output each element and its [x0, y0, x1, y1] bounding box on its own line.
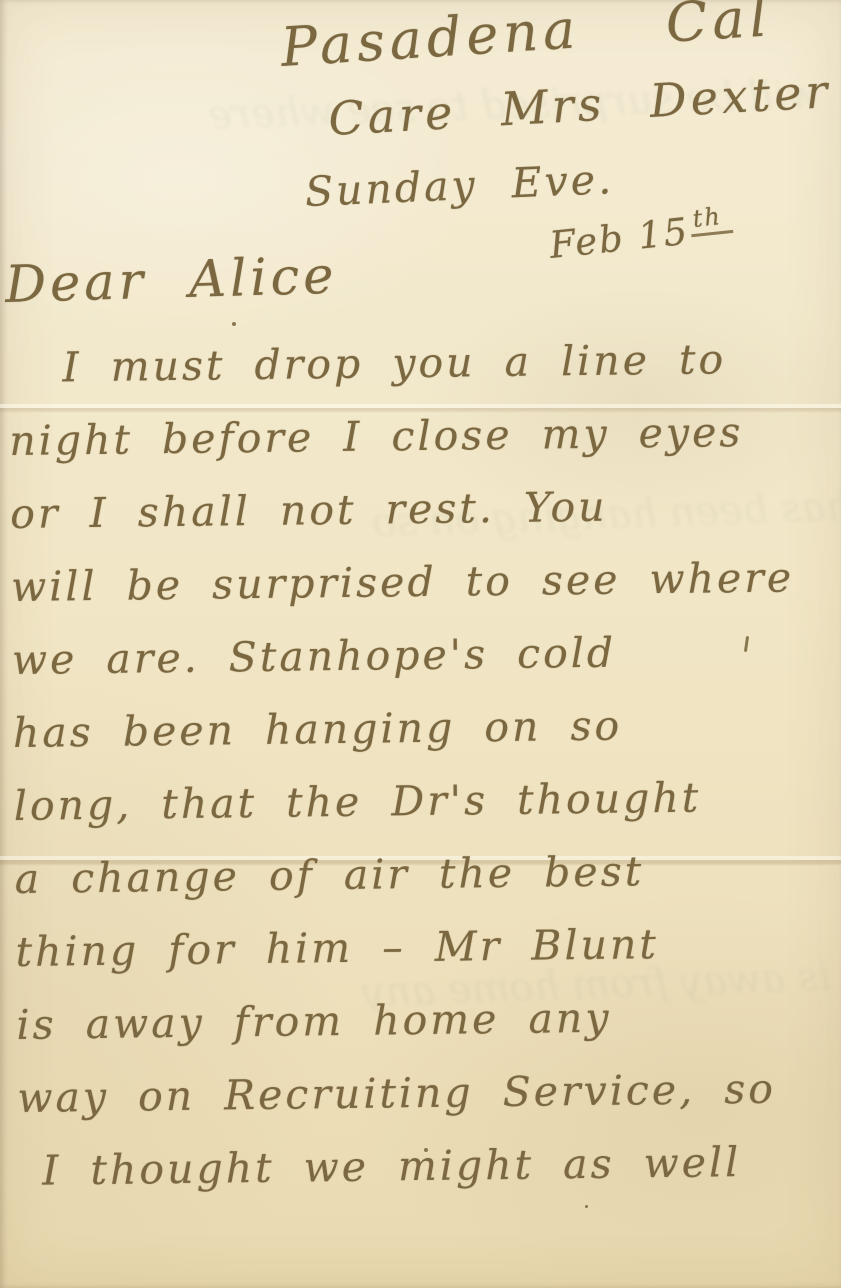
header-day-line: Sunday Eve. — [304, 155, 615, 216]
letter-line: long, that the Dr's thought — [13, 760, 841, 843]
letter-line: I must drop you a line to — [8, 322, 841, 405]
header-place-line: Pasadena Cal — [279, 0, 773, 79]
letter-line: thing for him – Mr Blunt — [15, 906, 841, 989]
letter-line: I thought we might as well — [18, 1125, 841, 1208]
letter-line: is away from home any — [16, 979, 841, 1062]
letter-line: a change of air the best — [14, 833, 841, 916]
header-date-line: Feb 15th — [547, 205, 735, 268]
header-care-of-line: Care Mrs Dexter — [327, 64, 833, 146]
letter-body: I must drop you a line to night before I… — [8, 322, 841, 1208]
header-date-ordinal: th — [688, 201, 733, 237]
ink-speck — [585, 1205, 588, 1208]
letter-line: or I shall not rest. You — [10, 468, 841, 551]
letter-line: will be surprised to see where — [11, 541, 841, 624]
header-date-text: Feb 15 — [547, 210, 691, 267]
salutation: Dear Alice — [4, 247, 338, 315]
ink-speck — [424, 1148, 428, 1152]
letter-line: night before I close my eyes — [9, 395, 841, 478]
letter-page: will be surprised to see where has been … — [0, 0, 841, 1288]
ink-speck — [232, 322, 236, 326]
letter-line: we are. Stanhope's cold — [12, 614, 841, 697]
letter-line: has been hanging on so — [12, 687, 841, 770]
letter-line: way on Recruiting Service, so — [17, 1052, 841, 1135]
